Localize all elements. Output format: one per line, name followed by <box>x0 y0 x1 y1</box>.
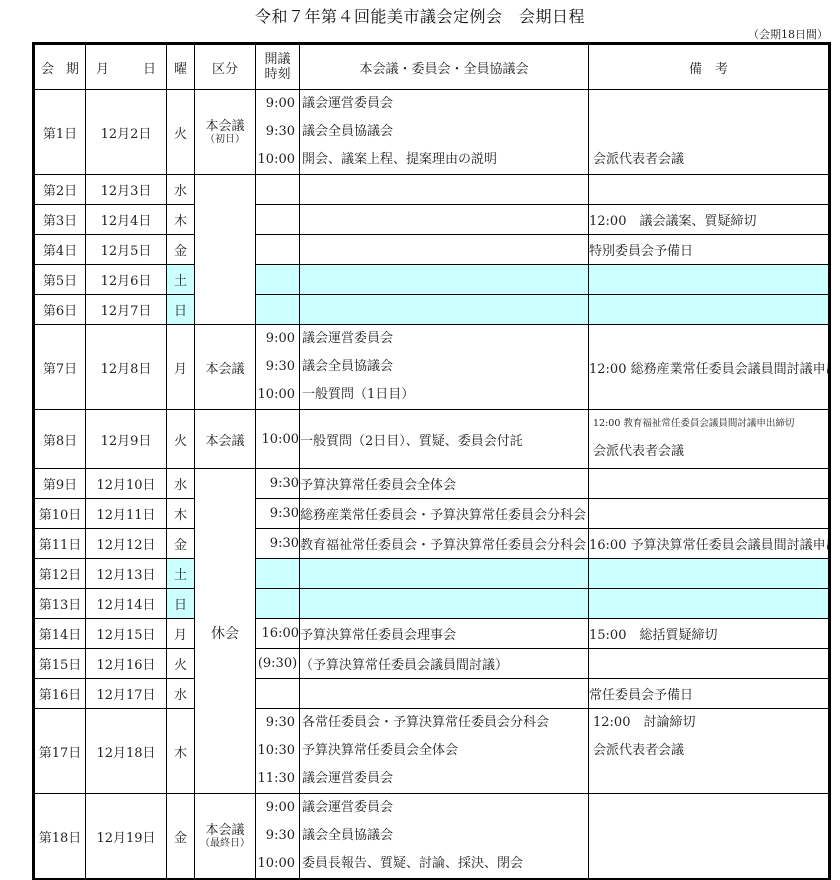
dow-cell: 木 <box>167 205 195 235</box>
event-cell: 各常任委員会・予算決算常任委員会分科会 予算決算常任委員会全体会 議会運営委員会 <box>300 709 589 794</box>
dow-cell: 金 <box>167 235 195 265</box>
time-cell <box>256 175 300 205</box>
event-cell <box>300 265 589 295</box>
table-row: 第4日 12月5日 金 特別委員会予備日 <box>34 235 830 265</box>
session-cell: 第13日 <box>34 589 86 619</box>
header-note: 備 考 <box>589 44 830 90</box>
time-cell: 9:00 9:30 10:00 <box>256 90 300 175</box>
session-cell: 第9日 <box>34 469 86 499</box>
note-cell <box>589 175 830 205</box>
type-cell: 本会議 （初日） <box>195 90 256 175</box>
note-cell: 会派代表者会議 <box>589 90 830 175</box>
table-row: 第18日 12月19日 金 本会議 （最終日） 9:00 9:30 10:00 … <box>34 794 830 880</box>
date-cell: 12月18日 <box>86 709 167 794</box>
table-row: 第7日 12月8日 月 本会議 9:00 9:30 10:00 議会運営委員会 … <box>34 325 830 410</box>
note-cell: 12:00 総務産業常任委員会議員間討議申出締切 <box>589 325 830 410</box>
event-cell <box>300 559 589 589</box>
session-cell: 第17日 <box>34 709 86 794</box>
dow-cell: 木 <box>167 499 195 529</box>
time-cell: 9:00 9:30 10:00 <box>256 794 300 880</box>
type-cell: 本会議 （最終日） <box>195 794 256 880</box>
table-row: 第15日 12月16日 火 (9:30) （予算決算常任委員会議員間討議） <box>34 649 830 679</box>
event-cell: 教育福祉常任委員会・予算決算常任委員会分科会 <box>300 529 589 559</box>
date-cell: 12月7日 <box>86 295 167 325</box>
header-date: 月日 <box>86 44 167 90</box>
time-cell <box>256 235 300 265</box>
note-cell: 12:00 討論締切 会派代表者会議 <box>589 709 830 794</box>
session-cell: 第11日 <box>34 529 86 559</box>
table-row: 第10日 12月11日 木 9:30 総務産業常任委員会・予算決算常任委員会分科… <box>34 499 830 529</box>
event-cell <box>300 235 589 265</box>
time-cell: (9:30) <box>256 649 300 679</box>
date-cell: 12月13日 <box>86 559 167 589</box>
date-cell: 12月10日 <box>86 469 167 499</box>
time-cell <box>256 295 300 325</box>
type-cell: 本会議 <box>195 325 256 410</box>
dow-cell: 水 <box>167 679 195 709</box>
document-title: 令和７年第４回能美市議会定例会 会期日程 <box>0 4 840 27</box>
table-header-row: 会期 月日 曜 区分 開議時刻 本会議・委員会・全員協議会 備 考 <box>34 44 830 90</box>
session-cell: 第15日 <box>34 649 86 679</box>
dow-cell: 土 <box>167 265 195 295</box>
table-row-holiday: 第12日 12月13日 土 <box>34 559 830 589</box>
time-cell: 9:30 <box>256 499 300 529</box>
date-cell: 12月9日 <box>86 410 167 469</box>
header-event: 本会議・委員会・全員協議会 <box>300 44 589 90</box>
header-time: 開議時刻 <box>256 44 300 90</box>
table-row: 第14日 12月15日 月 16:00 予算決算常任委員会理事会 15:00 総… <box>34 619 830 649</box>
note-cell <box>589 649 830 679</box>
note-cell <box>589 589 830 619</box>
note-cell <box>589 794 830 880</box>
table-row-holiday: 第13日 12月14日 日 <box>34 589 830 619</box>
session-cell: 第18日 <box>34 794 86 880</box>
table-row: 第1日 12月2日 火 本会議 （初日） 9:00 9:30 10:00 議会運… <box>34 90 830 175</box>
session-cell: 第1日 <box>34 90 86 175</box>
dow-cell: 火 <box>167 90 195 175</box>
table-row: 第9日 12月10日 水 休会 9:30 予算決算常任委員会全体会 <box>34 469 830 499</box>
time-cell: 9:30 <box>256 469 300 499</box>
dow-cell: 火 <box>167 410 195 469</box>
header-session: 会期 <box>34 44 86 90</box>
date-cell: 12月15日 <box>86 619 167 649</box>
date-cell: 12月12日 <box>86 529 167 559</box>
time-cell <box>256 679 300 709</box>
dow-cell: 火 <box>167 649 195 679</box>
session-length-label: （会期18日間） <box>748 26 828 42</box>
table-row: 第3日 12月4日 木 12:00 議会議案、質疑締切 <box>34 205 830 235</box>
dow-cell: 月 <box>167 325 195 410</box>
dow-cell: 金 <box>167 529 195 559</box>
note-cell <box>589 469 830 499</box>
date-cell: 12月14日 <box>86 589 167 619</box>
session-cell: 第14日 <box>34 619 86 649</box>
note-cell <box>589 559 830 589</box>
table-row: 第17日 12月18日 木 9:30 10:30 11:30 各常任委員会・予算… <box>34 709 830 794</box>
event-cell: 総務産業常任委員会・予算決算常任委員会分科会 <box>300 499 589 529</box>
dow-cell: 日 <box>167 589 195 619</box>
date-cell: 12月8日 <box>86 325 167 410</box>
dow-cell: 日 <box>167 295 195 325</box>
session-cell: 第5日 <box>34 265 86 295</box>
session-cell: 第4日 <box>34 235 86 265</box>
note-cell: 常任委員会予備日 <box>589 679 830 709</box>
header-dow: 曜 <box>167 44 195 90</box>
schedule-table: 会期 月日 曜 区分 開議時刻 本会議・委員会・全員協議会 備 考 第1日 12… <box>32 42 831 880</box>
session-cell: 第10日 <box>34 499 86 529</box>
date-cell: 12月6日 <box>86 265 167 295</box>
event-cell: 一般質問（2日目）、質疑、委員会付託 <box>300 410 589 469</box>
table-row-holiday: 第5日 12月6日 土 <box>34 265 830 295</box>
dow-cell: 水 <box>167 175 195 205</box>
session-cell: 第6日 <box>34 295 86 325</box>
dow-cell: 月 <box>167 619 195 649</box>
time-cell <box>256 265 300 295</box>
date-cell: 12月2日 <box>86 90 167 175</box>
event-cell <box>300 175 589 205</box>
session-cell: 第12日 <box>34 559 86 589</box>
event-cell <box>300 679 589 709</box>
time-cell: 9:30 10:30 11:30 <box>256 709 300 794</box>
date-cell: 12月4日 <box>86 205 167 235</box>
note-cell: 12:00 教育福祉常任委員会議員間討議申出締切 会派代表者会議 <box>589 410 830 469</box>
dow-cell: 土 <box>167 559 195 589</box>
time-cell: 9:00 9:30 10:00 <box>256 325 300 410</box>
type-cell-recess: 休会 <box>195 469 256 794</box>
session-cell: 第2日 <box>34 175 86 205</box>
type-cell-empty <box>195 175 256 325</box>
table-row: 第16日 12月17日 水 常任委員会予備日 <box>34 679 830 709</box>
table-row: 第11日 12月12日 金 9:30 教育福祉常任委員会・予算決算常任委員会分科… <box>34 529 830 559</box>
event-cell: 議会運営委員会 議会全員協議会 一般質問（1日目） <box>300 325 589 410</box>
event-cell: 予算決算常任委員会理事会 <box>300 619 589 649</box>
event-cell <box>300 295 589 325</box>
date-cell: 12月5日 <box>86 235 167 265</box>
dow-cell: 金 <box>167 794 195 880</box>
note-cell <box>589 499 830 529</box>
note-cell: 特別委員会予備日 <box>589 235 830 265</box>
table-row: 第8日 12月9日 火 本会議 10:00 一般質問（2日目）、質疑、委員会付託… <box>34 410 830 469</box>
event-cell: 議会運営委員会 議会全員協議会 開会、議案上程、提案理由の説明 <box>300 90 589 175</box>
header-type: 区分 <box>195 44 256 90</box>
event-cell: （予算決算常任委員会議員間討議） <box>300 649 589 679</box>
date-cell: 12月16日 <box>86 649 167 679</box>
time-cell: 16:00 <box>256 619 300 649</box>
dow-cell: 木 <box>167 709 195 794</box>
note-cell <box>589 265 830 295</box>
date-cell: 12月3日 <box>86 175 167 205</box>
time-cell <box>256 205 300 235</box>
event-cell <box>300 589 589 619</box>
event-cell: 予算決算常任委員会全体会 <box>300 469 589 499</box>
event-cell: 議会運営委員会 議会全員協議会 委員長報告、質疑、討論、採決、閉会 <box>300 794 589 880</box>
session-cell: 第3日 <box>34 205 86 235</box>
time-cell <box>256 559 300 589</box>
note-cell: 15:00 総括質疑締切 <box>589 619 830 649</box>
table-row: 第2日 12月3日 水 <box>34 175 830 205</box>
table-row-holiday: 第6日 12月7日 日 <box>34 295 830 325</box>
event-cell <box>300 205 589 235</box>
session-cell: 第16日 <box>34 679 86 709</box>
note-cell: 16:00 予算決算常任委員会議員間討議申出締切 <box>589 529 830 559</box>
dow-cell: 水 <box>167 469 195 499</box>
time-cell: 9:30 <box>256 529 300 559</box>
note-cell <box>589 295 830 325</box>
date-cell: 12月17日 <box>86 679 167 709</box>
time-cell: 10:00 <box>256 410 300 469</box>
session-cell: 第8日 <box>34 410 86 469</box>
note-cell: 12:00 議会議案、質疑締切 <box>589 205 830 235</box>
session-cell: 第7日 <box>34 325 86 410</box>
date-cell: 12月11日 <box>86 499 167 529</box>
date-cell: 12月19日 <box>86 794 167 880</box>
type-cell: 本会議 <box>195 410 256 469</box>
time-cell <box>256 589 300 619</box>
